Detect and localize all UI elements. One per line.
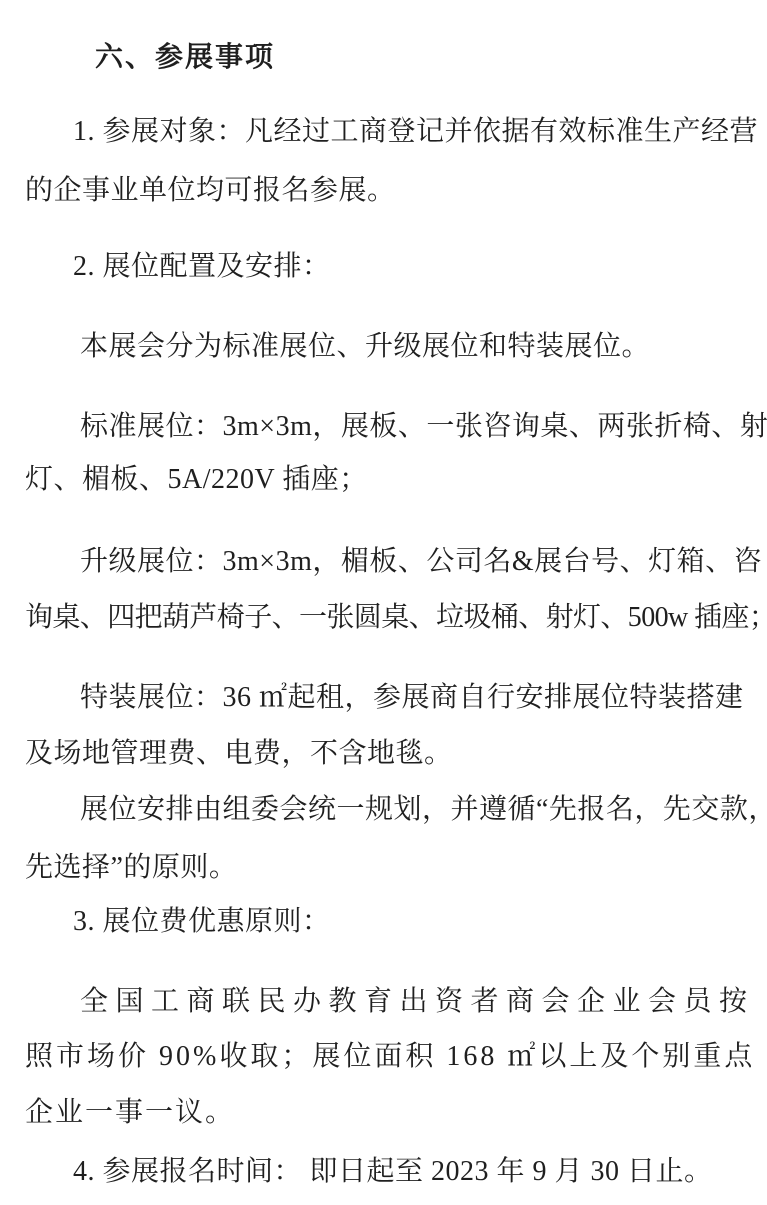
paragraph-line: 先选择”的原则。 [25, 852, 757, 884]
section-heading: 六、参展事项 [95, 42, 755, 74]
paragraph-line: 标准展位：3m×3m，展板、一张咨询桌、两张折椅、射 [25, 411, 767, 443]
paragraph-line: 询桌、四把葫芦椅子、一张圆桌、垃圾桶、射灯、500w 插座； [25, 602, 757, 634]
paragraph-line: 灯、楣板、5A/220V 插座； [25, 464, 757, 496]
paragraph-line: 展位安排由组委会统一规划，并遵循“先报名，先交款， [25, 794, 767, 826]
paragraph-line: 4. 参展报名时间： 即日起至 2023 年 9 月 30 日止。 [25, 1156, 767, 1188]
paragraph-line: 及场地管理费、电费，不含地毯。 [25, 738, 757, 770]
paragraph-line: 特装展位：36 ㎡起租，参展商自行安排展位特装搭建 [25, 682, 767, 714]
paragraph-line: 升级展位：3m×3m，楣板、公司名&展台号、灯箱、咨 [25, 546, 767, 578]
paragraph-line: 本展会分为标准展位、升级展位和特装展位。 [25, 331, 767, 363]
paragraph-line: 1. 参展对象：凡经过工商登记并依据有效标准生产经营 [25, 116, 767, 148]
document-page: 六、参展事项 1. 参展对象：凡经过工商登记并依据有效标准生产经营 的企事业单位… [0, 0, 767, 1205]
paragraph-line: 企业一事一议。 [25, 1097, 757, 1129]
paragraph-line: 的企事业单位均可报名参展。 [25, 175, 757, 207]
paragraph-line: 照市场价 90%收取；展位面积 168 ㎡以上及个别重点 [25, 1041, 757, 1073]
paragraph-line: 2. 展位配置及安排： [25, 251, 767, 283]
paragraph-line: 全国工商联民办教育出资者商会企业会员按 [25, 986, 767, 1018]
paragraph-line: 3. 展位费优惠原则： [25, 906, 767, 938]
